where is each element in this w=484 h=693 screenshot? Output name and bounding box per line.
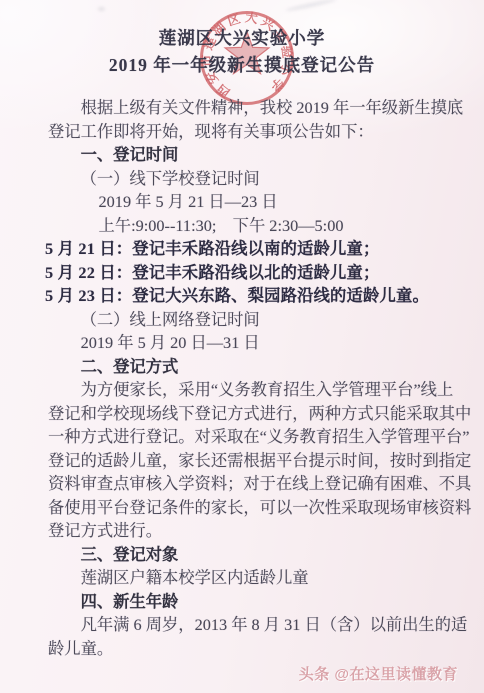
document-line: 四、新生年龄 bbox=[48, 590, 442, 614]
document-line: 莲湖区户籍本校学区内适龄儿童 bbox=[48, 566, 442, 590]
document-line: 资料审查点审核入学资料；对于在线上登记确有困难、不具 bbox=[48, 472, 442, 496]
document-line: 登记工作即将开始，现将有关事项公告如下： bbox=[48, 120, 442, 144]
document-page: 西安市莲湖区大兴实验小学 莲湖区大兴实验小学 2019 年一年级新生摸底登记公告… bbox=[0, 0, 484, 693]
document-line: 根据上级有关文件精神，我校 2019 年一年级新生摸底 bbox=[48, 96, 442, 120]
document-line: （一）线下学校登记时间 bbox=[48, 167, 442, 191]
document-line: 登记的适龄儿童，家长还需根据平台提示时间，按时到指定 bbox=[48, 449, 442, 473]
document-line: 备使用平台登记条件的家长，可以一次性采取现场审核资料 bbox=[48, 496, 442, 520]
paper-smudge bbox=[98, 7, 105, 11]
school-name-title: 莲湖区大兴实验小学 bbox=[0, 25, 484, 52]
document-line: 凡年满 6 周岁，2013 年 8 月 31 日（含）以前出生的适 bbox=[48, 613, 442, 637]
document-line: 登记方式进行。 bbox=[48, 519, 442, 543]
document-line: 上午:9:00--11:30; 下午 2:30—5:00 bbox=[48, 214, 442, 238]
document-line: 5 月 23 日：登记大兴东路、梨园路沿线的适龄儿童。 bbox=[45, 284, 442, 308]
announcement-title: 2019 年一年级新生摸底登记公告 bbox=[0, 52, 484, 79]
document-line: 一、登记时间 bbox=[48, 143, 442, 167]
document-line: 2019 年 5 月 21 日—23 日 bbox=[48, 190, 442, 214]
document-line: 5 月 22 日：登记丰禾路沿线以北的适龄儿童； bbox=[45, 261, 442, 285]
document-line: （二）线上网络登记时间 bbox=[48, 308, 442, 332]
document-body: 根据上级有关文件精神，我校 2019 年一年级新生摸底登记工作即将开始，现将有关… bbox=[48, 96, 442, 660]
document-line: 2019 年 5 月 20 日—31 日 bbox=[48, 331, 442, 355]
document-line: 龄儿童。 bbox=[48, 637, 442, 661]
toutiao-watermark: 头条 @在这里读懂教育 bbox=[299, 663, 458, 684]
document-line: 为方便家长，采用“义务教育招生入学管理平台”线上 bbox=[48, 378, 442, 402]
document-line: 一种方式进行登记。对采取在“义务教育招生入学管理平台” bbox=[48, 425, 442, 449]
document-line: 登记和学校现场线下登记方式进行，两种方式只能采取其中 bbox=[48, 402, 442, 426]
document-line: 5 月 21 日：登记丰禾路沿线以南的适龄儿童； bbox=[45, 237, 442, 261]
title-block: 莲湖区大兴实验小学 2019 年一年级新生摸底登记公告 bbox=[0, 25, 484, 79]
document-line: 三、登记对象 bbox=[48, 543, 442, 567]
document-line: 二、登记方式 bbox=[48, 355, 442, 379]
